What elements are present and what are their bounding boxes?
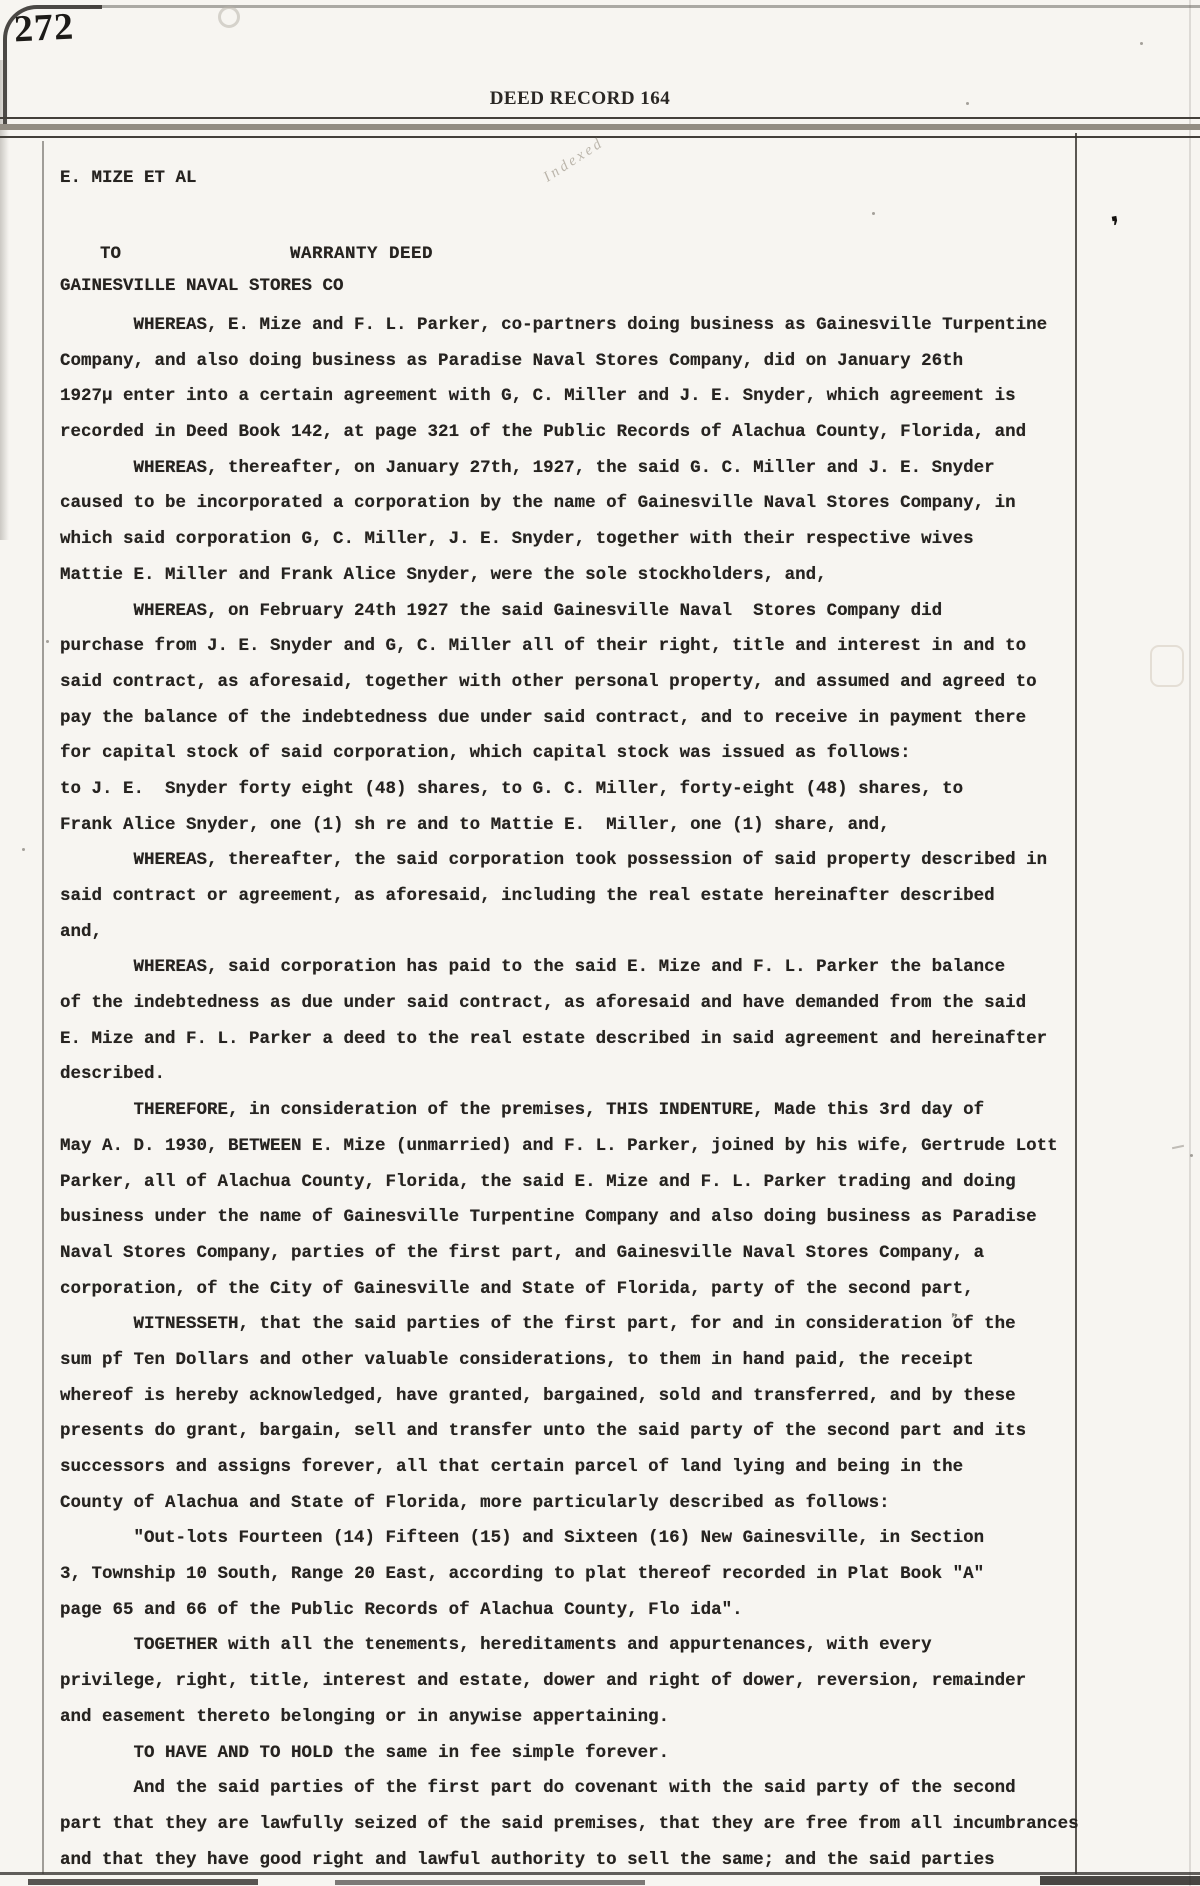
document-line: for capital stock of said corporation, w…: [60, 736, 1079, 772]
grantor-name: E. MIZE ET AL: [60, 168, 197, 188]
document-line: whereof is hereby acknowledged, have gra…: [60, 1379, 1079, 1415]
scan-speck: [966, 102, 969, 105]
document-line: recorded in Deed Book 142, at page 321 o…: [60, 415, 1079, 451]
document-line: WHEREAS, said corporation has paid to th…: [60, 950, 1079, 986]
document-line: "Out-lots Fourteen (14) Fifteen (15) and…: [60, 1521, 1079, 1557]
bottom-edge-shadow-left: [28, 1879, 258, 1885]
document-line: and easement thereto belonging or in any…: [60, 1700, 1079, 1736]
scan-speck: [22, 848, 25, 851]
document-line: business under the name of Gainesville T…: [60, 1200, 1079, 1236]
scan-speck: [46, 640, 49, 643]
document-line: part that they are lawfully seized of th…: [60, 1807, 1079, 1843]
document-line: Company, and also doing business as Para…: [60, 344, 1079, 380]
scanned-deed-page: 272 DEED RECORD 164 Indexed E. MIZE ET A…: [0, 0, 1200, 1886]
pen-tick-mark: ❜: [1109, 211, 1122, 242]
ink-smudge: [218, 6, 240, 28]
document-line: WHEREAS, thereafter, on January 27th, 19…: [60, 451, 1079, 487]
document-line: Mattie E. Miller and Frank Alice Snyder,…: [60, 558, 1079, 594]
page-right-edge: [1189, 0, 1191, 1886]
document-line: TOGETHER with all the tenements, heredit…: [60, 1628, 1079, 1664]
document-line: presents do grant, bargain, sell and tra…: [60, 1414, 1079, 1450]
document-line: May A. D. 1930, BETWEEN E. Mize (unmarri…: [60, 1129, 1079, 1165]
document-line: described.: [60, 1057, 1079, 1093]
bottom-edge-shadow-middle: [335, 1880, 645, 1885]
document-line: said contract or agreement, as aforesaid…: [60, 879, 1079, 915]
document-line: Parker, all of Alachua County, Florida, …: [60, 1165, 1079, 1201]
document-line: WHEREAS, E. Mize and F. L. Parker, co-pa…: [60, 308, 1079, 344]
document-line: to J. E. Snyder forty eight (48) shares,…: [60, 772, 1079, 808]
document-line: which said corporation G, C. Miller, J. …: [60, 522, 1079, 558]
deed-record-header: DEED RECORD 164: [0, 88, 1160, 110]
document-line: And the said parties of the first part d…: [60, 1771, 1079, 1807]
to-label: TO: [100, 244, 121, 264]
scan-speck: [1140, 42, 1143, 45]
header-rule-thick: [0, 124, 1200, 130]
document-line: corporation, of the City of Gainesville …: [60, 1272, 1079, 1308]
grantee-name: GAINESVILLE NAVAL STORES CO: [60, 276, 344, 296]
document-line: 3, Township 10 South, Range 20 East, acc…: [60, 1557, 1079, 1593]
header-rule-thin-top: [0, 117, 1200, 119]
document-line: caused to be incorporated a corporation …: [60, 486, 1079, 522]
document-line: page 65 and 66 of the Public Records of …: [60, 1593, 1079, 1629]
page-number: 272: [13, 4, 75, 51]
document-line: successors and assigns forever, all that…: [60, 1450, 1079, 1486]
document-line: purchase from J. E. Snyder and G, C. Mil…: [60, 629, 1079, 665]
document-line: WHEREAS, thereafter, the said corporatio…: [60, 843, 1079, 879]
document-line: TO HAVE AND TO HOLD the same in fee simp…: [60, 1736, 1079, 1772]
deed-body-text: WHEREAS, E. Mize and F. L. Parker, co-pa…: [60, 308, 1079, 1878]
document-line: pay the balance of the indebtedness due …: [60, 701, 1079, 737]
document-line: sum pf Ten Dollars and other valuable co…: [60, 1343, 1079, 1379]
document-line: Frank Alice Snyder, one (1) sh re and to…: [60, 808, 1079, 844]
instrument-type: WARRANTY DEED: [290, 244, 433, 264]
document-line: 1927µ enter into a certain agreement wit…: [60, 379, 1079, 415]
pen-dash-mark: [1172, 1145, 1184, 1149]
page-left-edge-shadow: [0, 60, 9, 540]
document-line: County of Alachua and State of Florida, …: [60, 1486, 1079, 1522]
scan-speck: [1190, 1154, 1193, 1157]
page-top-edge: [90, 5, 1200, 8]
document-line: Naval Stores Company, parties of the fir…: [60, 1236, 1079, 1272]
document-line: THEREFORE, in consideration of the premi…: [60, 1093, 1079, 1129]
document-line: privilege, right, title, interest and es…: [60, 1664, 1079, 1700]
document-line: and,: [60, 915, 1079, 951]
document-line: of the indebtedness as due under said co…: [60, 986, 1079, 1022]
scan-speck: [872, 212, 875, 215]
document-line: E. Mize and F. L. Parker a deed to the r…: [60, 1022, 1079, 1058]
indexed-handwritten-stamp: Indexed: [541, 135, 608, 187]
document-line: said contract, as aforesaid, together wi…: [60, 665, 1079, 701]
document-line: WITNESSETH, that the said parties of the…: [60, 1307, 1079, 1343]
document-line: and that they have good right and lawful…: [60, 1843, 1079, 1879]
faint-stamp-outline: [1150, 645, 1184, 687]
document-line: WHEREAS, on February 24th 1927 the said …: [60, 594, 1079, 630]
left-margin-rule: [42, 141, 44, 1874]
